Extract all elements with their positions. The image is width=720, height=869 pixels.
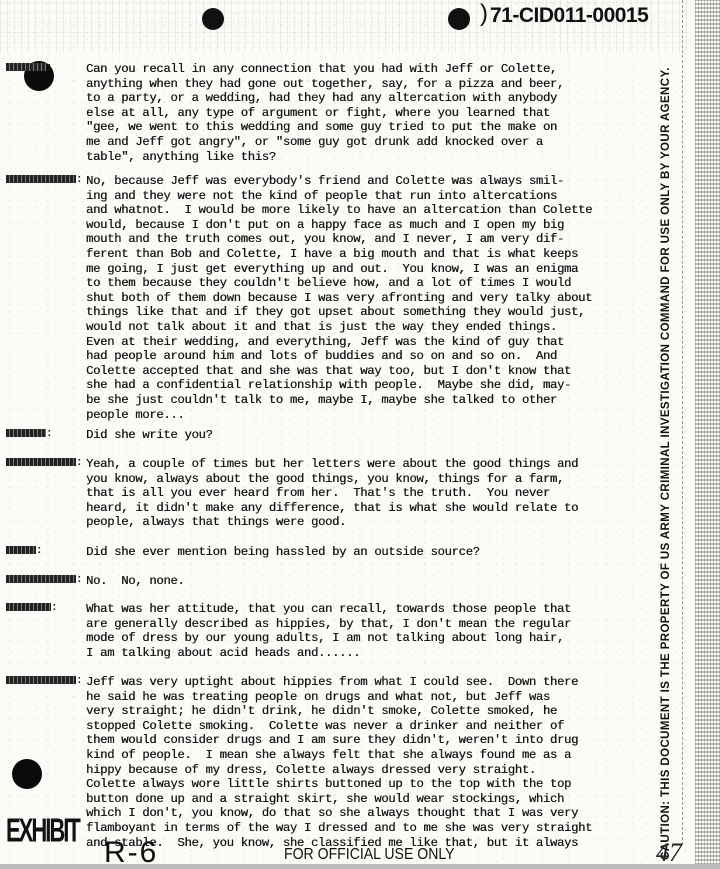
exhibit-stamp: EXHIBIT	[6, 816, 79, 846]
speaker-label: :	[6, 457, 82, 469]
speaker-label: :	[6, 428, 82, 440]
entry-text: Did she ever mention being hassled by an…	[86, 545, 646, 560]
entry-text: Can you recall in any connection that yo…	[86, 62, 646, 164]
margin-scan-artifact	[695, 0, 720, 869]
scan-bottom-edge	[0, 864, 720, 869]
punch-hole-lower-left	[12, 759, 42, 789]
speaker-label: :	[6, 174, 82, 186]
seal-stamp-icon	[448, 8, 470, 30]
footer-classification: FOR OFFICIAL USE ONLY	[284, 846, 455, 864]
entry-text: What was her attitude, that you can reca…	[86, 602, 646, 660]
speaker-label: :	[6, 675, 82, 687]
entry-text: Did she write you?	[86, 428, 646, 443]
entry-text: Jeff was very uptight about hippies from…	[86, 675, 646, 850]
document-page: 71-CID011-00015 CAUTION: THIS DOCUMENT I…	[0, 0, 720, 869]
speaker-label: :	[6, 574, 82, 586]
speaker-label: :	[6, 545, 82, 557]
entry-text: No. No, none.	[86, 574, 646, 589]
margin-rule	[682, 0, 684, 845]
speaker-label: :	[6, 62, 82, 74]
document-number: 71-CID011-00015	[490, 4, 648, 28]
entry-text: No, because Jeff was everybody's friend …	[86, 174, 646, 422]
entry-text: Yeah, a couple of times but her letters …	[86, 457, 646, 530]
speaker-label: :	[6, 602, 82, 614]
caution-margin-text: CAUTION: THIS DOCUMENT IS THE PROPERTY O…	[660, 0, 672, 860]
punch-hole-top	[202, 8, 224, 30]
